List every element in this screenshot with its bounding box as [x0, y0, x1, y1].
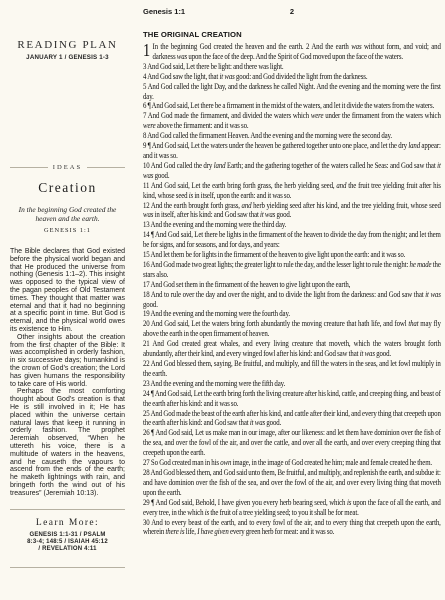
verse-28: 28 And God blessed them, and God said un… [143, 468, 441, 498]
verse-4: 4 And God saw the light, that it was goo… [143, 72, 441, 82]
learn-more-rule-top [10, 509, 125, 510]
verse-15: 15 And let them be for lights in the fir… [143, 250, 441, 260]
verse-10: 10 And God called the dry land Earth; an… [143, 161, 441, 181]
main-column: Genesis 1:1 2 THE ORIGINAL CREATION 1In … [143, 0, 441, 537]
verse-27: 27 So God created man in his own image, … [143, 458, 441, 468]
learn-more-title: Learn More: [10, 518, 125, 528]
divider-rule [10, 167, 48, 168]
verse-30: 30 And to every beast of the earth, and … [143, 518, 441, 538]
reading-plan-subtitle: JANUARY 1 / GENESIS 1-3 [10, 54, 125, 61]
sidebar: READING PLAN JANUARY 1 / GENESIS 1-3 IDE… [0, 0, 134, 568]
commentary-paragraph: Other insights about the creation from t… [10, 334, 125, 389]
page-number: 2 [143, 7, 441, 16]
reading-plan: READING PLAN JANUARY 1 / GENESIS 1-3 [10, 39, 125, 61]
verse-1-text: In the beginning God created the heaven … [152, 42, 303, 51]
page-header: Genesis 1:1 2 [143, 7, 441, 17]
verse-9: 9 ¶ And God said, Let the waters under t… [143, 141, 441, 161]
commentary: The Bible declares that God existed befo… [10, 248, 125, 498]
verse-13: 13 And the evening and the morning were … [143, 220, 441, 230]
commentary-paragraph: The Bible declares that God existed befo… [10, 248, 125, 334]
verse-8: 8 And God called the firmament Heaven. A… [143, 131, 441, 141]
chapter-dropcap: 1 [143, 42, 152, 60]
learn-more-reference-line: / REVELATION 4:11 [10, 546, 125, 553]
reading-plan-title: READING PLAN [10, 39, 125, 51]
verse-20: 20 And God said, Let the waters bring fo… [143, 319, 441, 339]
commentary-paragraph: Perhaps the most comforting thought abou… [10, 388, 125, 497]
scripture-text: 1In the beginning God created the heaven… [143, 42, 441, 537]
learn-more-references: GENESIS 1:1-31 / PSALM8:3-4; 148:5 / ISA… [10, 532, 125, 554]
verse-7: 7 And God made the firmament, and divide… [143, 111, 441, 131]
verse-17: 17 And God set them in the firmament of … [143, 280, 441, 290]
verse-24: 24 ¶ And God said, Let the earth bring f… [143, 389, 441, 409]
verse-25: 25 And God made the beast of the earth a… [143, 409, 441, 429]
verse-19: 19 And the evening and the morning were … [143, 309, 441, 319]
learn-more-reference-line: GENESIS 1:1-31 / PSALM [10, 532, 125, 539]
verse-29: 29 ¶ And God said, Behold, I have given … [143, 498, 441, 518]
ideas-label: IDEAS [53, 164, 82, 171]
bible-page: READING PLAN JANUARY 1 / GENESIS 1-3 IDE… [0, 0, 445, 600]
verse-12: 12 And the earth brought forth grass, an… [143, 201, 441, 221]
verse-26: 26 ¶ And God said, Let us make man in ou… [143, 428, 441, 458]
verse-22: 22 And God blessed them, saying, Be frui… [143, 359, 441, 379]
verse-1-2: 1In the beginning God created the heaven… [143, 42, 441, 62]
verse-23: 23 And the evening and the morning were … [143, 379, 441, 389]
verse-5: 5 And God called the light Day, and the … [143, 82, 441, 102]
ideas-quote-reference: GENESIS 1:1 [10, 227, 125, 234]
ideas-title: Creation [10, 180, 125, 196]
verse-2-number: 2 [306, 42, 309, 51]
divider-rule [87, 167, 125, 168]
learn-more-reference-line: 8:3-4; 148:5 / ISAIAH 45:12 [10, 539, 125, 546]
verse-6: 6 ¶ And God said, Let there be a firmame… [143, 101, 441, 111]
verse-11: 11 And God said, Let the earth bring for… [143, 181, 441, 201]
ideas-divider: IDEAS [10, 164, 125, 171]
verse-3: 3 And God said, Let there be light: and … [143, 62, 441, 72]
verse-18: 18 And to rule over the day and over the… [143, 290, 441, 310]
learn-more-rule-bottom [10, 567, 125, 568]
verse-14: 14 ¶ And God said, Let there be lights i… [143, 230, 441, 250]
ideas-quote: In the beginning God created the heaven … [10, 205, 125, 223]
verse-21: 21 And God created great whales, and eve… [143, 339, 441, 359]
verse-16: 16 And God made two great lights; the gr… [143, 260, 441, 280]
section-heading: THE ORIGINAL CREATION [143, 30, 441, 39]
